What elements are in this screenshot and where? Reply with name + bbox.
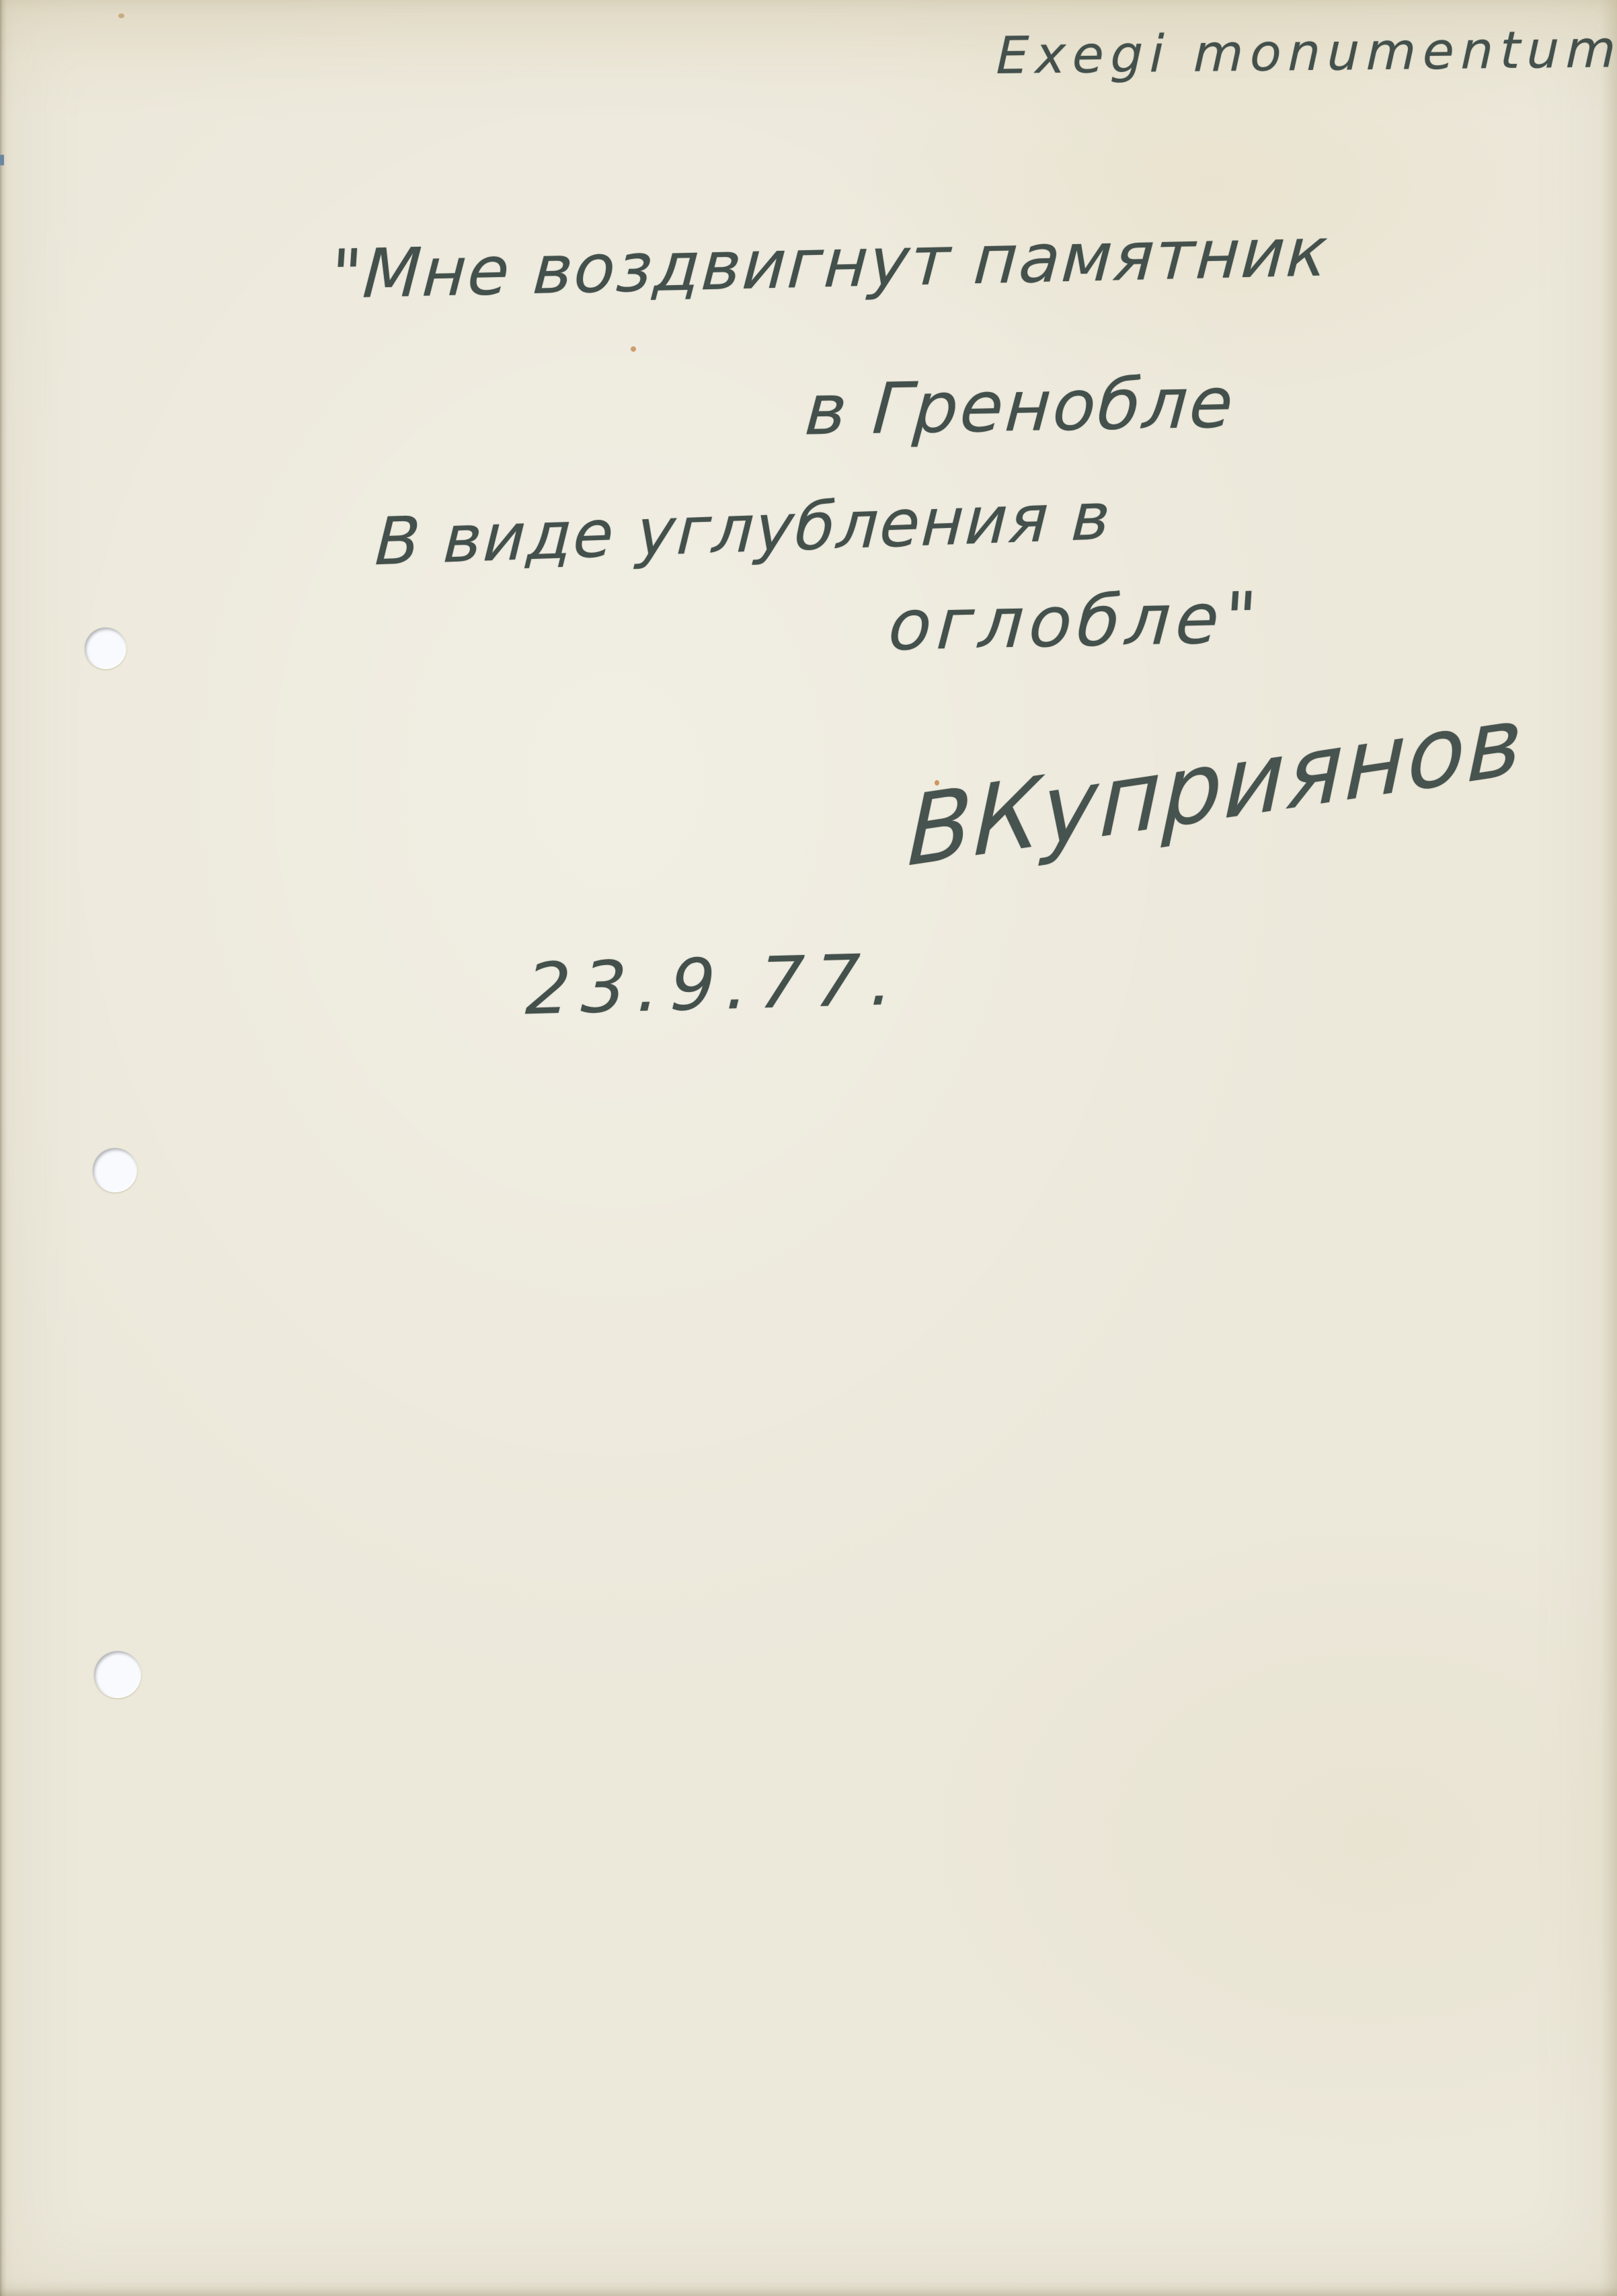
paper-speck (118, 13, 124, 18)
poem-line-4: оглобле" (887, 582, 1265, 660)
paper-speck (0, 155, 4, 165)
poem-line-3: В виде углубления в (374, 484, 1113, 574)
latin-epigraph: Exegi monumentum (996, 24, 1617, 81)
paper-speck (631, 346, 636, 352)
handwritten-date: 23.9.77. (524, 945, 906, 1026)
author-signature: ВКуприянов (906, 692, 1525, 881)
poem-line-2: в Гренобле (803, 367, 1237, 445)
poem-line-1: "Мне воздвигнут памятник (329, 219, 1331, 309)
punch-hole (94, 1651, 141, 1698)
scanned-document-page: Exegi monumentum "Мне воздвигнут памятни… (0, 0, 1617, 2296)
punch-hole (93, 1148, 137, 1192)
punch-hole (85, 627, 126, 669)
